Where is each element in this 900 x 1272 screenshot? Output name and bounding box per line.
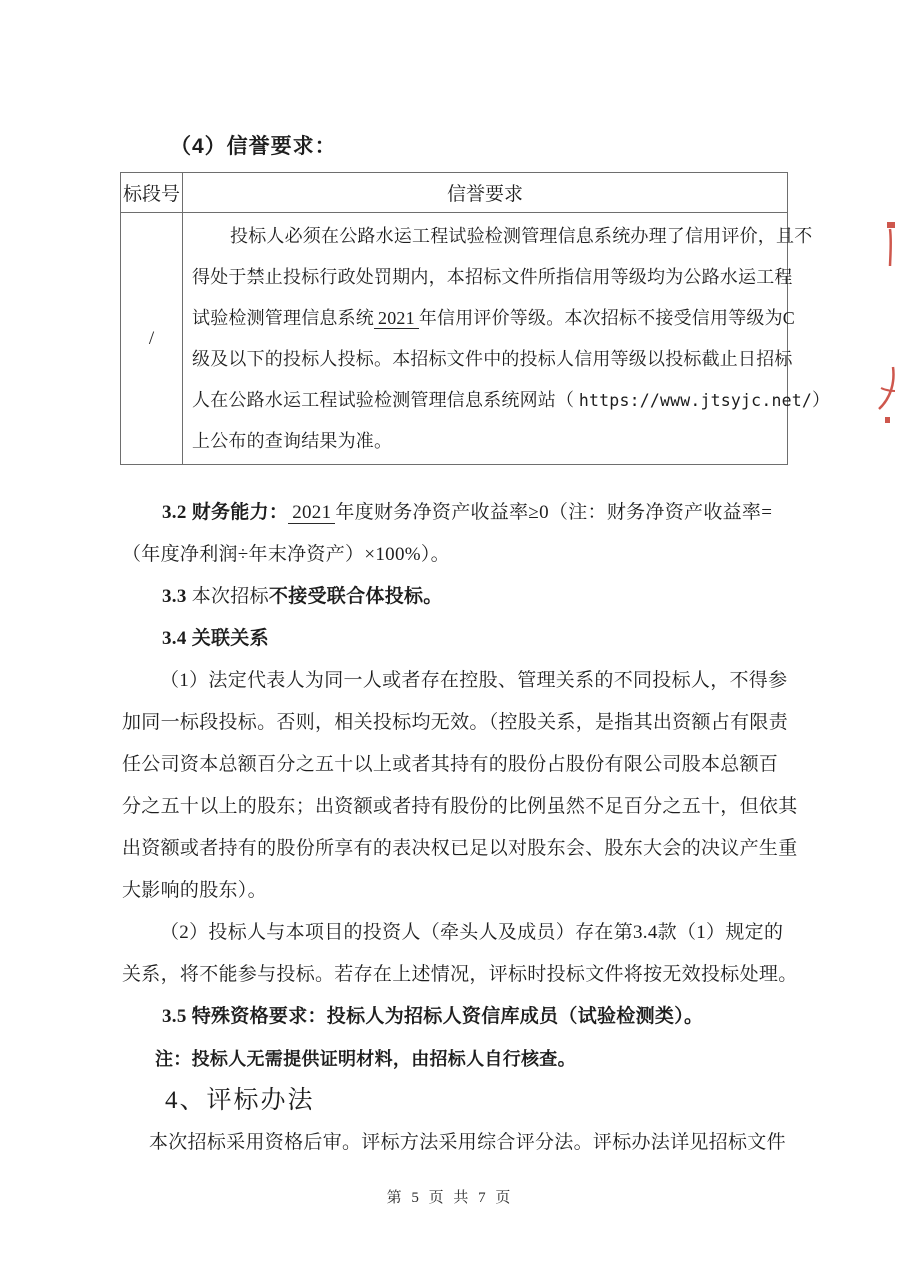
note-line: 注：投标人无需提供证明材料，由招标人自行核查。 — [122, 1038, 790, 1080]
section-no-cell: / — [121, 213, 183, 464]
cell-line: 人在公路水运工程试验检测管理信息系统网站（ https://www.jtsyjc… — [192, 380, 830, 421]
para-3-4-item-1-line-1: （1）法定代表人为同一人或者存在控股、管理关系的不同投标人，不得参 — [122, 660, 790, 702]
para-3-4-item-1-line-6: 大影响的股东）。 — [122, 870, 790, 912]
section-4-heading: 4、评标办法 — [122, 1080, 790, 1122]
para-3-3: 3.3 本次招标不接受联合体投标。 — [122, 576, 790, 618]
section-4-paragraph: 本次招标采用资格后审。评标方法采用综合评分法。评标办法详见招标文件 — [122, 1122, 790, 1164]
header-cell-section-no: 标段号 — [121, 173, 183, 212]
para-3-4-item-1-line-5: 出资额或者持有的股份所享有的表决权已足以对股东会、股东大会的决议产生重 — [122, 828, 790, 870]
body-text-column: 3.2 财务能力：2021年度财务净资产收益率≥0（注：财务净资产收益率= （年… — [122, 492, 790, 1164]
para-3-2-label: 3.2 财务能力： — [162, 502, 288, 523]
document-page: （4）信誉要求： 标段号 信誉要求 / 投标人必须在公路水运工程试验检测管理信息… — [0, 0, 900, 1272]
underlined-year: 2021 — [288, 502, 335, 524]
cell-line-text: ） — [812, 390, 830, 410]
para-3-2-line-1: 3.2 财务能力：2021年度财务净资产收益率≥0（注：财务净资产收益率= — [122, 492, 790, 534]
para-3-3-text: 本次招标 — [192, 586, 269, 607]
para-3-2-text: 年度财务净资产收益率≥0（注：财务净资产收益率= — [335, 502, 772, 523]
para-3-2-line-2: （年度净利润÷年末净资产）×100%）。 — [122, 534, 790, 576]
section-no-header-label: 标段号 — [123, 179, 180, 206]
cell-line: 得处于禁止投标行政处罚期内，本招标文件所指信用等级均为公路水运工程 — [192, 257, 830, 298]
para-3-3-bold-text: 不接受联合体投标。 — [269, 586, 443, 607]
credit-requirements-heading: （4）信誉要求： — [170, 130, 337, 160]
credit-req-cell: 投标人必须在公路水运工程试验检测管理信息系统办理了信用评价，且不 得处于禁止投标… — [183, 213, 834, 464]
para-3-4-item-1-line-3: 任公司资本总额百分之五十以上或者其持有的股份占股份有限公司股本总额百 — [122, 744, 790, 786]
red-stamp-fragment-top — [882, 220, 898, 270]
credit-requirements-table: 标段号 信誉要求 / 投标人必须在公路水运工程试验检测管理信息系统办理了信用评价… — [120, 172, 788, 465]
para-3-3-number: 3.3 — [162, 586, 192, 607]
cell-line-text: 试验检测管理信息系统 — [192, 308, 374, 328]
para-3-4-item-1-line-4: 分之五十以上的股东；出资额或者持有股份的比例虽然不足百分之五十，但依其 — [122, 786, 790, 828]
para-3-4-item-2-line-1: （2）投标人与本项目的投资人（牵头人及成员）存在第3.4款（1）规定的 — [122, 912, 790, 954]
cell-line-text: 年信用评价等级。本次招标不接受信用等级为C — [419, 308, 795, 328]
system-website-url: https://www.jtsyjc.net/ — [579, 391, 812, 410]
header-cell-credit-req: 信誉要求 — [183, 173, 787, 212]
section-no-value: / — [149, 328, 154, 350]
para-3-5-heading: 3.5 特殊资格要求：投标人为招标人资信库成员（试验检测类）。 — [122, 996, 790, 1038]
cell-line: 级及以下的投标人投标。本招标文件中的投标人信用等级以投标截止日招标 — [192, 339, 830, 380]
para-3-4-heading: 3.4 关联关系 — [122, 618, 790, 660]
page-number-footer: 第 5 页 共 7 页 — [0, 1186, 900, 1207]
red-stamp-fragment-bottom — [874, 364, 900, 426]
credit-req-header-label: 信誉要求 — [447, 179, 523, 206]
cell-line: 试验检测管理信息系统2021年信用评价等级。本次招标不接受信用等级为C — [192, 298, 830, 339]
cell-line-text: 人在公路水运工程试验检测管理信息系统网站（ — [192, 390, 579, 410]
para-3-4-item-2-line-2: 关系，将不能参与投标。若存在上述情况，评标时投标文件将按无效投标处理。 — [122, 954, 790, 996]
cell-line: 上公布的查询结果为准。 — [192, 421, 830, 462]
cell-line: 投标人必须在公路水运工程试验检测管理信息系统办理了信用评价，且不 — [192, 216, 830, 257]
underlined-year: 2021 — [374, 308, 419, 329]
para-3-4-item-1-line-2: 加同一标段投标。否则，相关投标均无效。（控股关系，是指其出资额占有限责 — [122, 702, 790, 744]
table-header-row: 标段号 信誉要求 — [121, 173, 787, 213]
table-body-row: / 投标人必须在公路水运工程试验检测管理信息系统办理了信用评价，且不 得处于禁止… — [121, 213, 787, 464]
